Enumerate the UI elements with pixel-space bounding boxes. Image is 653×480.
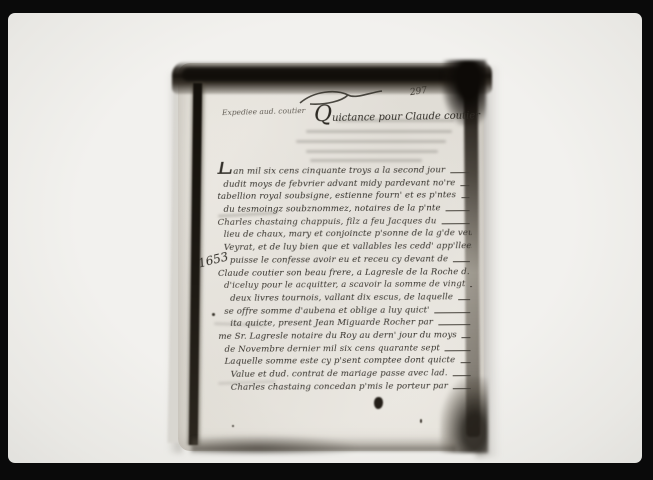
manuscript-line: Lan mil six cens cinquante troys a la se… — [217, 160, 471, 178]
manuscript-line: Value et dud. contrat de mariage passe a… — [219, 366, 473, 380]
manuscript-line: dudit moys de febvrier advant midy parde… — [217, 176, 471, 190]
manuscript-line: du tesmoingz soubznommez, notaires de la… — [217, 201, 471, 215]
manuscript-line: me Sr. Lagresle notaire du Roy au dern' … — [218, 328, 472, 342]
lightbox-mat: Expediee aud. coutier Quictance pour Cla… — [8, 13, 642, 463]
ink-speck — [212, 313, 215, 316]
ink-speck — [420, 419, 422, 423]
page-number: 297 — [409, 86, 427, 98]
manuscript-line: d'iceluy pour le acquitter, a scavoir la… — [218, 278, 472, 292]
manuscript-line: Charles chastaing chappuis, filz a feu J… — [218, 214, 472, 228]
page-title: Quictance pour Claude coutier — [314, 100, 464, 128]
manuscript-line: deux livres tournois, vallant dix escus,… — [218, 290, 472, 304]
manuscript-line: Laquelle somme este cy p'sent comptee do… — [219, 354, 473, 368]
manuscript-line: Veyrat, et de luy bien que et vallables … — [218, 240, 472, 254]
manuscript-body: Lan mil six cens cinquante troys a la se… — [217, 160, 473, 393]
manuscript-line: de Novembre dernier mil six cens quarant… — [218, 341, 472, 355]
ink-blot — [374, 397, 383, 409]
manuscript-line: Claude coutier son beau frere, a Lagresl… — [218, 265, 472, 279]
archival-photo-frame: Expediee aud. coutier Quictance pour Cla… — [0, 0, 653, 480]
ink-speck — [232, 425, 234, 427]
manuscript-line: Charles chastaing concedan p'mis le port… — [219, 379, 473, 393]
handwriting-layer: Expediee aud. coutier Quictance pour Cla… — [178, 63, 484, 451]
manuscript-line: puisse le confesse avoir eu et receu cy … — [218, 252, 472, 266]
margin-heading: Expediee aud. coutier — [222, 106, 308, 117]
manuscript-line: lieu de chaux, mary et conjoincte p'sonn… — [218, 227, 472, 241]
manuscript-page: Expediee aud. coutier Quictance pour Cla… — [178, 63, 484, 451]
manuscript-line: tabellion royal soubsigne, estienne four… — [217, 189, 471, 203]
